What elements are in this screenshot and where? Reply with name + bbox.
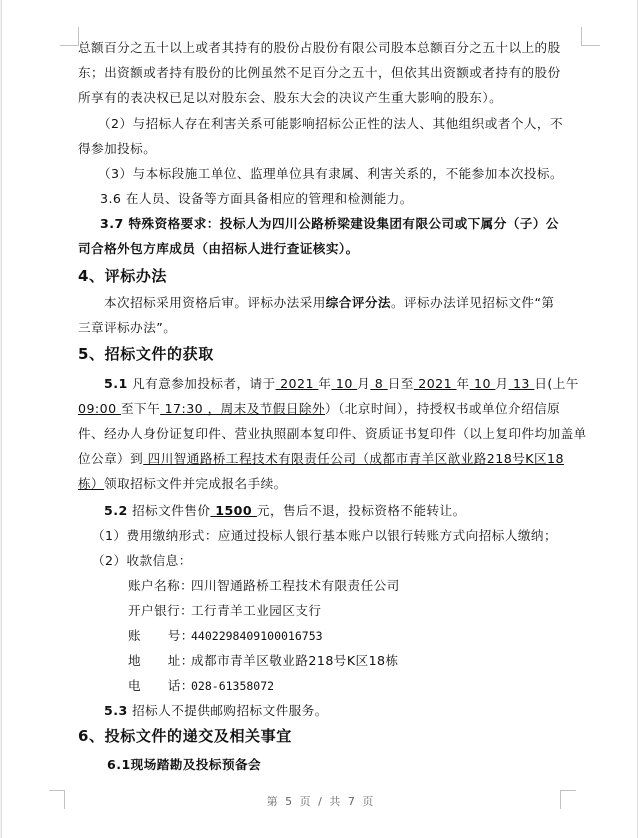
payee-address: 地 址：成都市青羊区敬业路218号K区18栋 xyxy=(78,653,399,669)
text: 月 xyxy=(495,376,508,391)
field-label: 电 话： xyxy=(128,678,191,694)
start-time: 09:00 xyxy=(78,401,121,416)
item-3: （3）与本标段施工单位、监理单位具有隶属、利害关系的，不能参加本次投标。 xyxy=(78,166,563,182)
field-value: 028-61358072 xyxy=(191,679,274,693)
item-2-line1: （2）与招标人存在利害关系可能影响招标公正性的法人、其他组织或者个人，不 xyxy=(78,116,563,132)
text: ）（北京时间），持授权书或单位介绍信原 xyxy=(325,401,560,416)
field-label: 地 址： xyxy=(128,653,191,669)
text: 年 xyxy=(457,376,470,391)
document-page: 总额百分之五十以上或者其持有的股份占股份有限公司股本总额百分之五十以上的股 东；… xyxy=(1,0,638,838)
payee-phone: 电 话：028-61358072 xyxy=(78,678,274,694)
text: 日至 xyxy=(388,376,414,391)
section-6-heading: 6、投标文件的递交及相关事宜 xyxy=(78,728,292,744)
item-3-7-line2: 司合格外包方库成员（由招标人进行查证核实）。 xyxy=(78,241,359,257)
section-4-text: 本次招标采用资格后审。评标办法采用综合评分法。评标办法详见招标文件“第 xyxy=(78,295,554,311)
field-label: 账 号： xyxy=(128,628,191,644)
section-5-heading: 5、招标文件的获取 xyxy=(78,346,214,362)
field-value: 4402298409100016753 xyxy=(191,629,323,643)
text: (上午 xyxy=(547,376,578,391)
payee-bank: 开户银行：工行青羊工业园区支行 xyxy=(78,603,321,619)
item-3-6: 3.6 在人员、设备等方面具备相应的管理和检测能力。 xyxy=(78,191,413,207)
text: 位公章）到 xyxy=(78,451,143,466)
end-day: 13 xyxy=(508,376,534,391)
section-4-heading: 4、评标办法 xyxy=(78,268,167,284)
item-5-1-line5: 栋）领取招标文件并完成报名手续。 xyxy=(78,476,287,492)
text: 本次招标采用资格后审。评标办法采用 xyxy=(104,295,326,310)
field-value: 四川智通路桥工程技术有限责任公司 xyxy=(191,578,400,593)
text: 至下午 xyxy=(121,401,160,416)
item-5-1-line2: 09:00 至下午 17:30 ，周末及节假日除外）（北京时间），持授权书或单位… xyxy=(78,401,560,417)
start-day: 8 xyxy=(370,376,387,391)
item-label: 5.3 xyxy=(104,703,128,718)
text: 元，售后不退，投标资格不能转让。 xyxy=(257,503,466,518)
subsection-6-1: 6.1现场踏勘及投标预备会 xyxy=(78,757,261,773)
scoring-method: 综合评分法 xyxy=(326,295,391,310)
start-month: 10 xyxy=(331,376,357,391)
item-5-1-line3: 件、经办人身份证复印件、营业执照副本复印件、资质证书复印件（以上复印件均加盖单 xyxy=(78,426,587,442)
start-year: 2021 xyxy=(276,376,319,391)
paragraph-line: 所享有的表决权已足以对股东会、股东大会的决议产生重大影响的股东）。 xyxy=(78,90,502,106)
text: 月 xyxy=(357,376,370,391)
text: 年 xyxy=(318,376,331,391)
end-time: 17:30 ，周末及节假日除外 xyxy=(160,401,325,416)
end-month: 10 xyxy=(470,376,496,391)
field-value: 工行青羊工业园区支行 xyxy=(191,603,321,618)
end-year: 2021 xyxy=(414,376,457,391)
payee-account-number: 账 号：4402298409100016753 xyxy=(78,628,323,644)
text: 。评标办法详见招标文件“第 xyxy=(391,295,555,310)
text: 日 xyxy=(534,376,547,391)
crop-mark-top-right xyxy=(581,27,600,46)
text: 招标人不提供邮购招标文件服务。 xyxy=(128,703,328,718)
payee-account-name: 账户名称：四川智通路桥工程技术有限责任公司 xyxy=(78,578,400,594)
item-5-3: 5.3 招标人不提供邮购招标文件服务。 xyxy=(78,703,328,719)
text: 招标文件售价 xyxy=(128,503,211,518)
text: 凡有意参加投标者，请于 xyxy=(128,376,276,391)
paragraph-line: 东；出资额或者持有股份的比例虽然不足百分之五十，但依其出资额或者持有的股份 xyxy=(78,65,561,81)
payment-method: （1）费用缴纳形式：应通过投标人银行基本账户以银行转账方式向招标人缴纳； xyxy=(78,528,557,544)
payee-info-label: （2）收款信息： xyxy=(78,553,192,569)
field-label: 账户名称： xyxy=(128,578,191,594)
text: 领取招标文件并完成报名手续。 xyxy=(104,476,287,491)
item-2-line2: 得参加投标。 xyxy=(78,141,156,157)
item-label: 5.2 xyxy=(104,503,128,518)
pickup-location: 四川智通路桥工程技术有限责任公司（成都市青羊区歆业路218号K区18 xyxy=(143,451,564,466)
item-5-2: 5.2 招标文件售价 1500 元，售后不退，投标资格不能转让。 xyxy=(78,503,466,519)
item-label: 5.1 xyxy=(104,376,128,391)
section-4-text-2: 三章评标办法”。 xyxy=(78,320,176,336)
pickup-location-cont: 栋） xyxy=(78,476,104,491)
page-indicator: 第 5 页 / 共 7 页 xyxy=(2,793,638,809)
field-label: 开户银行： xyxy=(128,603,191,619)
crop-mark-top-left xyxy=(60,27,79,46)
item-3-7-line1: 3.7 特殊资格要求：投标人为四川公路桥梁建设集团有限公司或下属分（子）公 xyxy=(78,216,559,232)
field-value: 成都市青羊区敬业路218号K区18栋 xyxy=(191,653,399,668)
item-5-1-line1: 5.1 凡有意参加投标者，请于 2021 年 10 月 8 日至 2021 年 … xyxy=(78,376,579,392)
document-price: 1500 xyxy=(210,503,257,518)
item-5-1-line4: 位公章）到 四川智通路桥工程技术有限责任公司（成都市青羊区歆业路218号K区18 xyxy=(78,451,564,467)
paragraph-line: 总额百分之五十以上或者其持有的股份占股份有限公司股本总额百分之五十以上的股 xyxy=(78,40,561,56)
